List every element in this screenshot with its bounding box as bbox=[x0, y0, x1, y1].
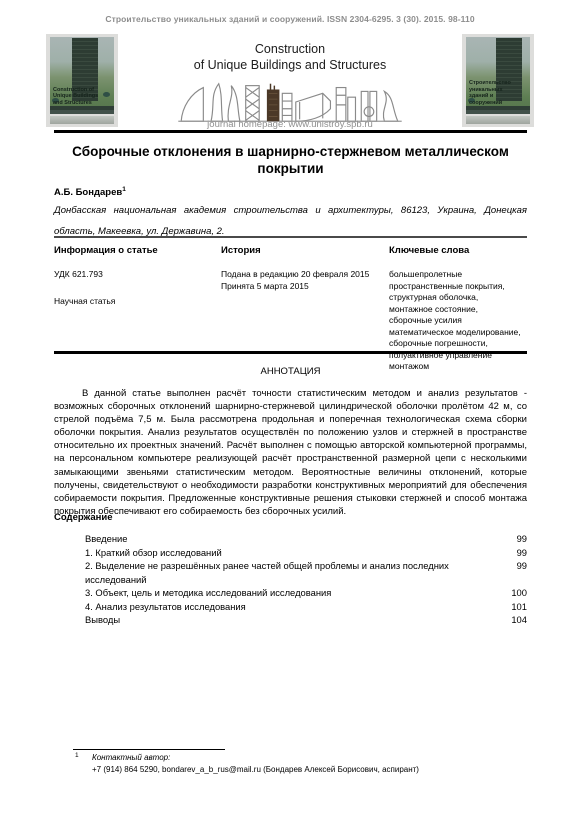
cover-road-strip bbox=[466, 116, 530, 124]
keyword-item: сборочные погрешности, bbox=[389, 338, 527, 350]
toc-page-number: 104 bbox=[507, 613, 527, 627]
journal-title-line2: of Unique Buildings and Structures bbox=[194, 57, 386, 73]
history-accepted: Принята 5 марта 2015 bbox=[221, 281, 389, 293]
header-divider-rule bbox=[54, 130, 527, 133]
info-divider-rule bbox=[54, 351, 527, 354]
journal-reference-line: Строительство уникальных зданий и сооруж… bbox=[0, 14, 580, 24]
article-title: Сборочные отклонения в шарнирно-стержнев… bbox=[54, 143, 527, 177]
journal-cover-right: Строительство уникальных зданий и сооруж… bbox=[462, 34, 534, 127]
author-footnote-mark: 1 bbox=[122, 186, 126, 193]
toc-row: 4. Анализ результатов исследования 101 bbox=[85, 600, 527, 614]
journal-cover-left: Construction of Unique Buildings and Str… bbox=[46, 34, 118, 127]
cover-title-text: Construction of Unique Buildings and Str… bbox=[53, 87, 105, 107]
journal-header: Construction of Unique Buildings and Str… bbox=[46, 34, 534, 130]
history-submitted: Подана в редакцию 20 февраля 2015 bbox=[221, 269, 389, 281]
contents-heading: Содержание bbox=[54, 512, 113, 523]
toc-page-number: 99 bbox=[513, 532, 527, 546]
toc-label: 2. Выделение не разрешённых ранее частей… bbox=[85, 559, 513, 586]
toc-row: 1. Краткий обзор исследований 99 bbox=[85, 546, 527, 560]
toc-label: 4. Анализ результатов исследования bbox=[85, 600, 507, 614]
toc-label: 3. Объект, цель и методика исследований … bbox=[85, 586, 507, 600]
keywords-header: Ключевые слова bbox=[389, 245, 527, 256]
footnote-contact-label: Контактный автор: bbox=[92, 752, 527, 764]
toc-row: Выводы 104 bbox=[85, 613, 527, 627]
author-line: А.Б. Бондарев1 bbox=[54, 186, 527, 198]
contact-footnote: 1 Контактный автор: +7 (914) 864 5290, b… bbox=[54, 749, 527, 775]
toc-page-number: 99 bbox=[513, 546, 527, 560]
author-name: А.Б. Бондарев bbox=[54, 187, 122, 198]
cover-title-text: Строительство уникальных зданий и сооруж… bbox=[469, 80, 521, 106]
toc-label: Введение bbox=[85, 532, 513, 546]
toc-label: 1. Краткий обзор исследований bbox=[85, 546, 513, 560]
toc-page-number: 99 bbox=[513, 559, 527, 586]
affiliation-divider-rule bbox=[54, 236, 527, 238]
toc-label: Выводы bbox=[85, 613, 507, 627]
journal-masthead: Construction of Unique Buildings and Str… bbox=[118, 34, 462, 130]
keyword-item: монтажное состояние, bbox=[389, 304, 527, 316]
udc-code: УДК 621.793 bbox=[54, 269, 221, 279]
footnote-mark: 1 bbox=[54, 752, 92, 775]
toc-row: 3. Объект, цель и методика исследований … bbox=[85, 586, 527, 600]
paper-page: Строительство уникальных зданий и сооруж… bbox=[0, 0, 580, 820]
keyword-item: структурная оболочка, bbox=[389, 292, 527, 304]
footnote-body: Контактный автор: +7 (914) 864 5290, bon… bbox=[92, 752, 527, 775]
article-info-header: Информация о статье bbox=[54, 245, 221, 256]
cover-road-strip bbox=[50, 116, 114, 124]
toc-row: 2. Выделение не разрешённых ранее частей… bbox=[85, 559, 527, 586]
toc-row: Введение 99 bbox=[85, 532, 527, 546]
footnote-divider bbox=[73, 749, 225, 750]
toc-page-number: 100 bbox=[507, 586, 527, 600]
journal-homepage-link[interactable]: journal homepage: www.unistroy.spb.ru bbox=[207, 119, 373, 130]
keyword-item: большепролетные пространственные покрыти… bbox=[389, 269, 527, 292]
history-header: История bbox=[221, 245, 389, 256]
abstract-text: В данной статье выполнен расчёт точности… bbox=[54, 387, 527, 518]
journal-title-line1: Construction bbox=[194, 41, 386, 57]
cover-band bbox=[50, 110, 114, 114]
journal-title: Construction of Unique Buildings and Str… bbox=[194, 41, 386, 73]
footnote-contact-details: +7 (914) 864 5290, bondarev_a_b_rus@mail… bbox=[92, 764, 527, 776]
table-of-contents: Введение 99 1. Краткий обзор исследовани… bbox=[85, 532, 527, 627]
footnote-row: 1 Контактный автор: +7 (914) 864 5290, b… bbox=[54, 752, 527, 775]
article-type: Научная статья bbox=[54, 296, 221, 306]
abstract-heading: АННОТАЦИЯ bbox=[54, 366, 527, 377]
keyword-item: сборочные усилия математическое моделиро… bbox=[389, 315, 527, 338]
toc-page-number: 101 bbox=[507, 600, 527, 614]
cover-band bbox=[466, 110, 530, 114]
